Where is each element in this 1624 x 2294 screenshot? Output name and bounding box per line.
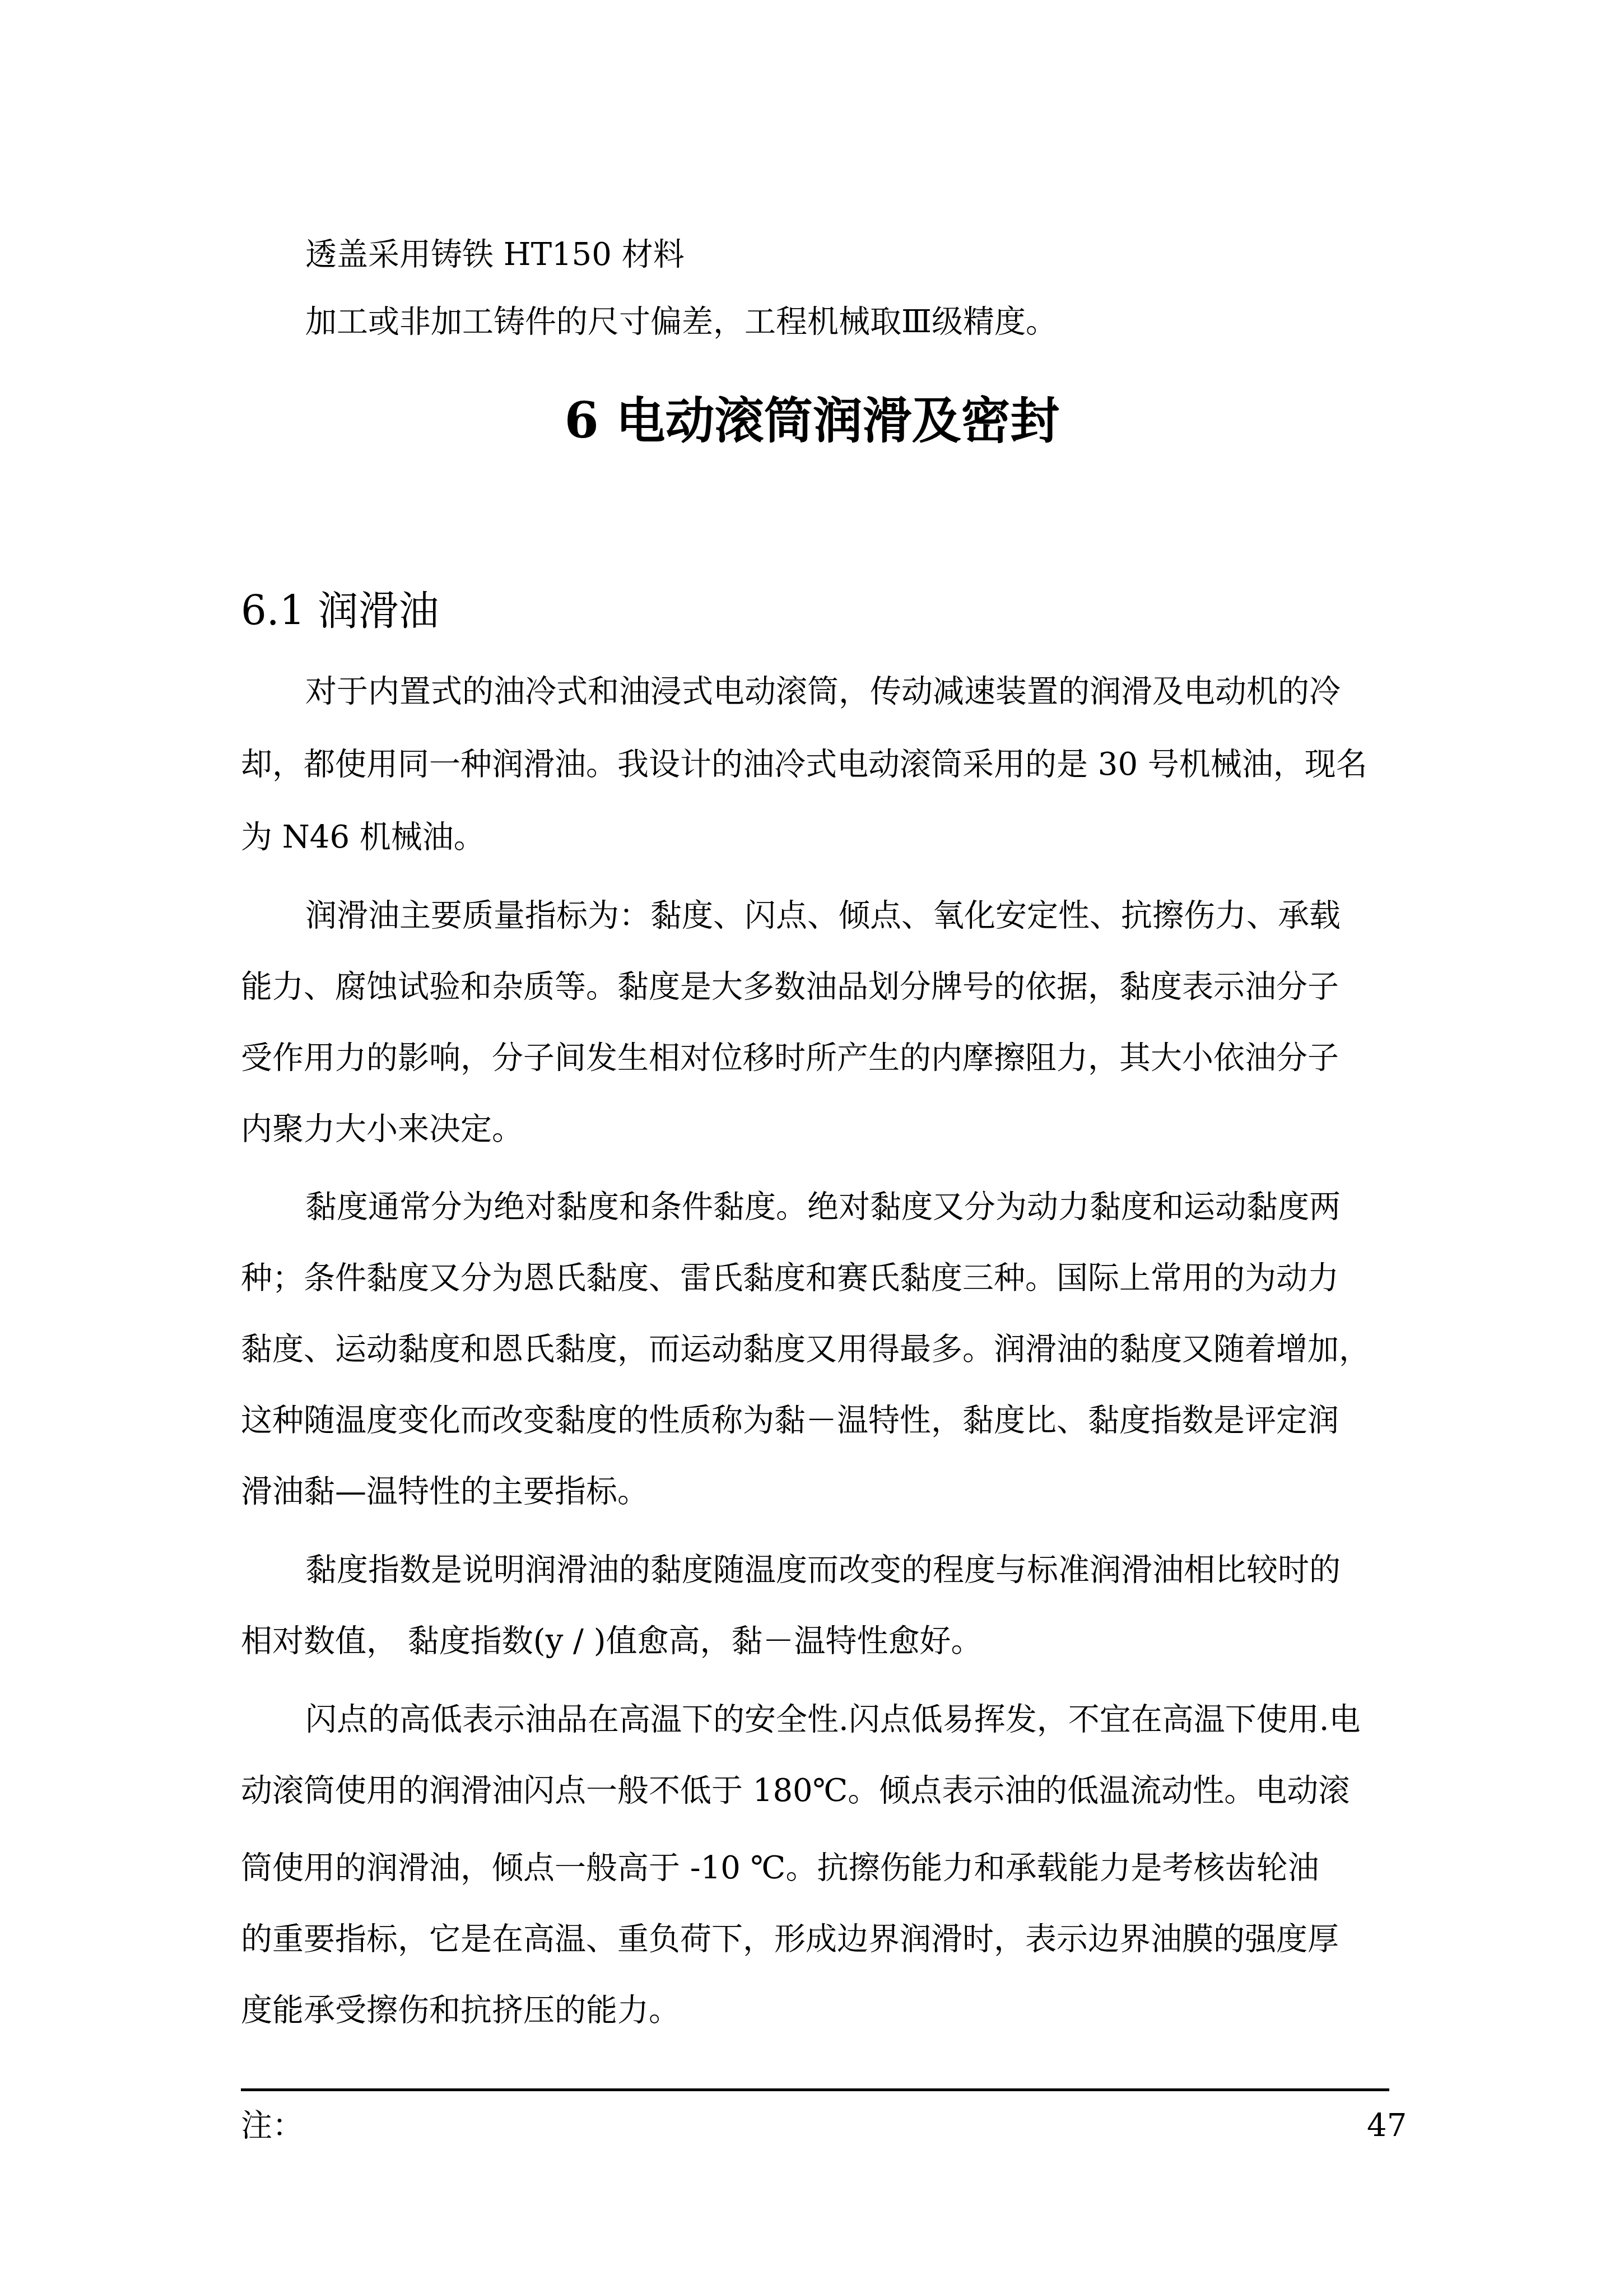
document-page: 透盖采用铸铁 HT150 材料 加工或非加工铸件的尺寸偏差，工程机械取Ⅲ级精度。… xyxy=(0,0,1624,2294)
paragraph-line: 却，都使用同一种润滑油。我设计的油冷式电动滚筒采用的是 30 号机械油，现名 xyxy=(241,745,1417,784)
footer-divider xyxy=(241,2088,1389,2091)
paragraph-line: 黏度通常分为绝对黏度和条件黏度。绝对黏度又分为动力黏度和运动黏度两 xyxy=(305,1188,1482,1227)
paragraph-line: 闪点的高低表示油品在高温下的安全性.闪点低易挥发，不宜在高温下使用.电 xyxy=(305,1700,1482,1739)
paragraph-line: 种；条件黏度又分为恩氏黏度、雷氏黏度和赛氏黏度三种。国际上常用的为动力 xyxy=(241,1259,1417,1298)
paragraph-line: 能力、腐蚀试验和杂质等。黏度是大多数油品划分牌号的依据，黏度表示油分子 xyxy=(241,967,1417,1007)
paragraph-line: 对于内置式的油冷式和油浸式电动滚筒，传动减速装置的润滑及电动机的冷 xyxy=(305,672,1482,711)
paragraph-line: 内聚力大小来决定。 xyxy=(241,1110,1417,1149)
intro-line: 加工或非加工铸件的尺寸偏差，工程机械取Ⅲ级精度。 xyxy=(305,303,1482,342)
footer-note-label: 注： xyxy=(241,2106,304,2146)
paragraph-line: 润滑油主要质量指标为：黏度、闪点、倾点、氧化安定性、抗擦伤力、承载 xyxy=(305,896,1482,936)
section-title: 6.1 润滑油 xyxy=(241,585,439,636)
paragraph-line: 筒使用的润滑油，倾点一般高于 -10 ℃。抗擦伤能力和承载能力是考核齿轮油 xyxy=(241,1849,1417,1888)
paragraph-line: 为 N46 机械油。 xyxy=(241,818,1417,857)
paragraph-line: 动滚筒使用的润滑油闪点一般不低于 180℃。倾点表示油的低温流动性。电动滚 xyxy=(241,1771,1417,1811)
paragraph-line: 相对数值， 黏度指数(y / )值愈高，黏－温特性愈好。 xyxy=(241,1622,1417,1661)
chapter-title: 6 电动滚筒润滑及密封 xyxy=(0,389,1624,451)
paragraph-line: 黏度、运动黏度和恩氏黏度，而运动黏度又用得最多。润滑油的黏度又随着增加， xyxy=(241,1330,1417,1369)
paragraph-line: 滑油黏—温特性的主要指标。 xyxy=(241,1472,1417,1511)
paragraph-line: 这种随温度变化而改变黏度的性质称为黏－温特性，黏度比、黏度指数是评定润 xyxy=(241,1401,1417,1440)
intro-line: 透盖采用铸铁 HT150 材料 xyxy=(305,235,1482,274)
paragraph-line: 的重要指标，它是在高温、重负荷下，形成边界润滑时，表示边界油膜的强度厚 xyxy=(241,1920,1417,1959)
paragraph-line: 度能承受擦伤和抗挤压的能力。 xyxy=(241,1991,1417,2030)
page-number: 47 xyxy=(1367,2106,1407,2146)
paragraph-line: 受作用力的影响，分子间发生相对位移时所产生的内摩擦阻力，其大小依油分子 xyxy=(241,1039,1417,1078)
paragraph-line: 黏度指数是说明润滑油的黏度随温度而改变的程度与标准润滑油相比较时的 xyxy=(305,1551,1482,1590)
